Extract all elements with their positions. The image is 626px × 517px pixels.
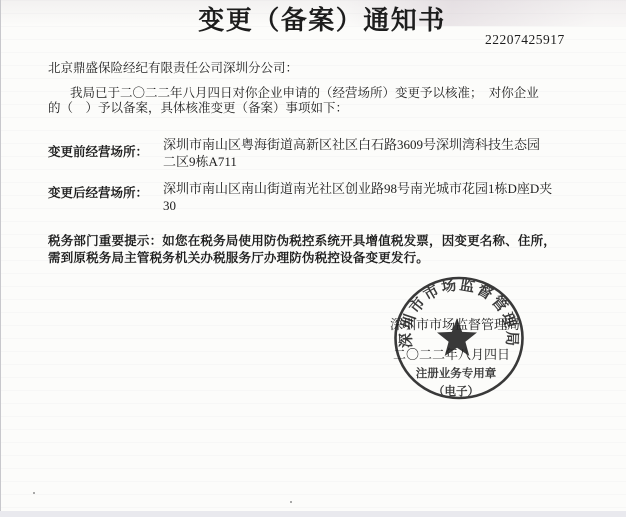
field-value-line: 30 <box>163 198 176 214</box>
seal-type-label: （电子） <box>433 384 479 398</box>
page-title: 变更（备案）通知书 <box>0 6 626 34</box>
field-value-line: 二区9栋A711 <box>163 154 237 170</box>
seal-subtitle: 注册业务专用章 <box>416 366 497 380</box>
scanned-notice-page: 变更（备案）通知书 22207425917 北京鼎盛保险经纪有限责任公司深圳分公… <box>0 0 626 517</box>
body-paragraph-line: 的（ ）予以备案，具体核准变更（备案）事项如下： <box>48 101 348 116</box>
seal-group: 深圳市市场监督管理局 注册业务专用章 （电子） <box>396 275 523 398</box>
scan-edge-bottom <box>0 511 626 517</box>
seal-ring-border <box>396 278 523 398</box>
issuer-name: 深圳市市场监督管理局 <box>390 317 520 332</box>
scan-edge-left <box>0 0 1 517</box>
tax-notice-line: 需到原税务局主管税务机关办税服务厅办理防伪税控设备变更发行。 <box>48 251 429 266</box>
field-value-line: 深圳市南山区南山街道南光社区创业路98号南光城市花园1栋D座D夹 <box>163 181 552 197</box>
seal-ring-text: 深圳市市场监督管理局 <box>397 275 520 348</box>
tax-notice-line: 税务部门重要提示：如您在税务局使用防伪税控系统开具增值税发票，因变更名称、住所， <box>48 234 556 249</box>
doc-number: 22207425917 <box>485 32 565 48</box>
paper-speck <box>33 492 35 494</box>
field-value-line: 深圳市南山区粤海街道高新区社区白石路3609号深圳湾科技生态园 <box>163 137 540 153</box>
paper-speck <box>290 501 292 503</box>
recipient-line: 北京鼎盛保险经纪有限责任公司深圳分公司： <box>48 61 298 76</box>
field-label: 变更后经营场所： <box>48 186 148 201</box>
issue-date: 二〇二二年八月四日 <box>393 347 510 362</box>
body-paragraph-line: 我局已于二〇二二年八月四日对你企业申请的（经营场所）变更予以核准； 对你企业 <box>70 86 539 101</box>
field-label: 变更前经营场所： <box>48 145 148 160</box>
